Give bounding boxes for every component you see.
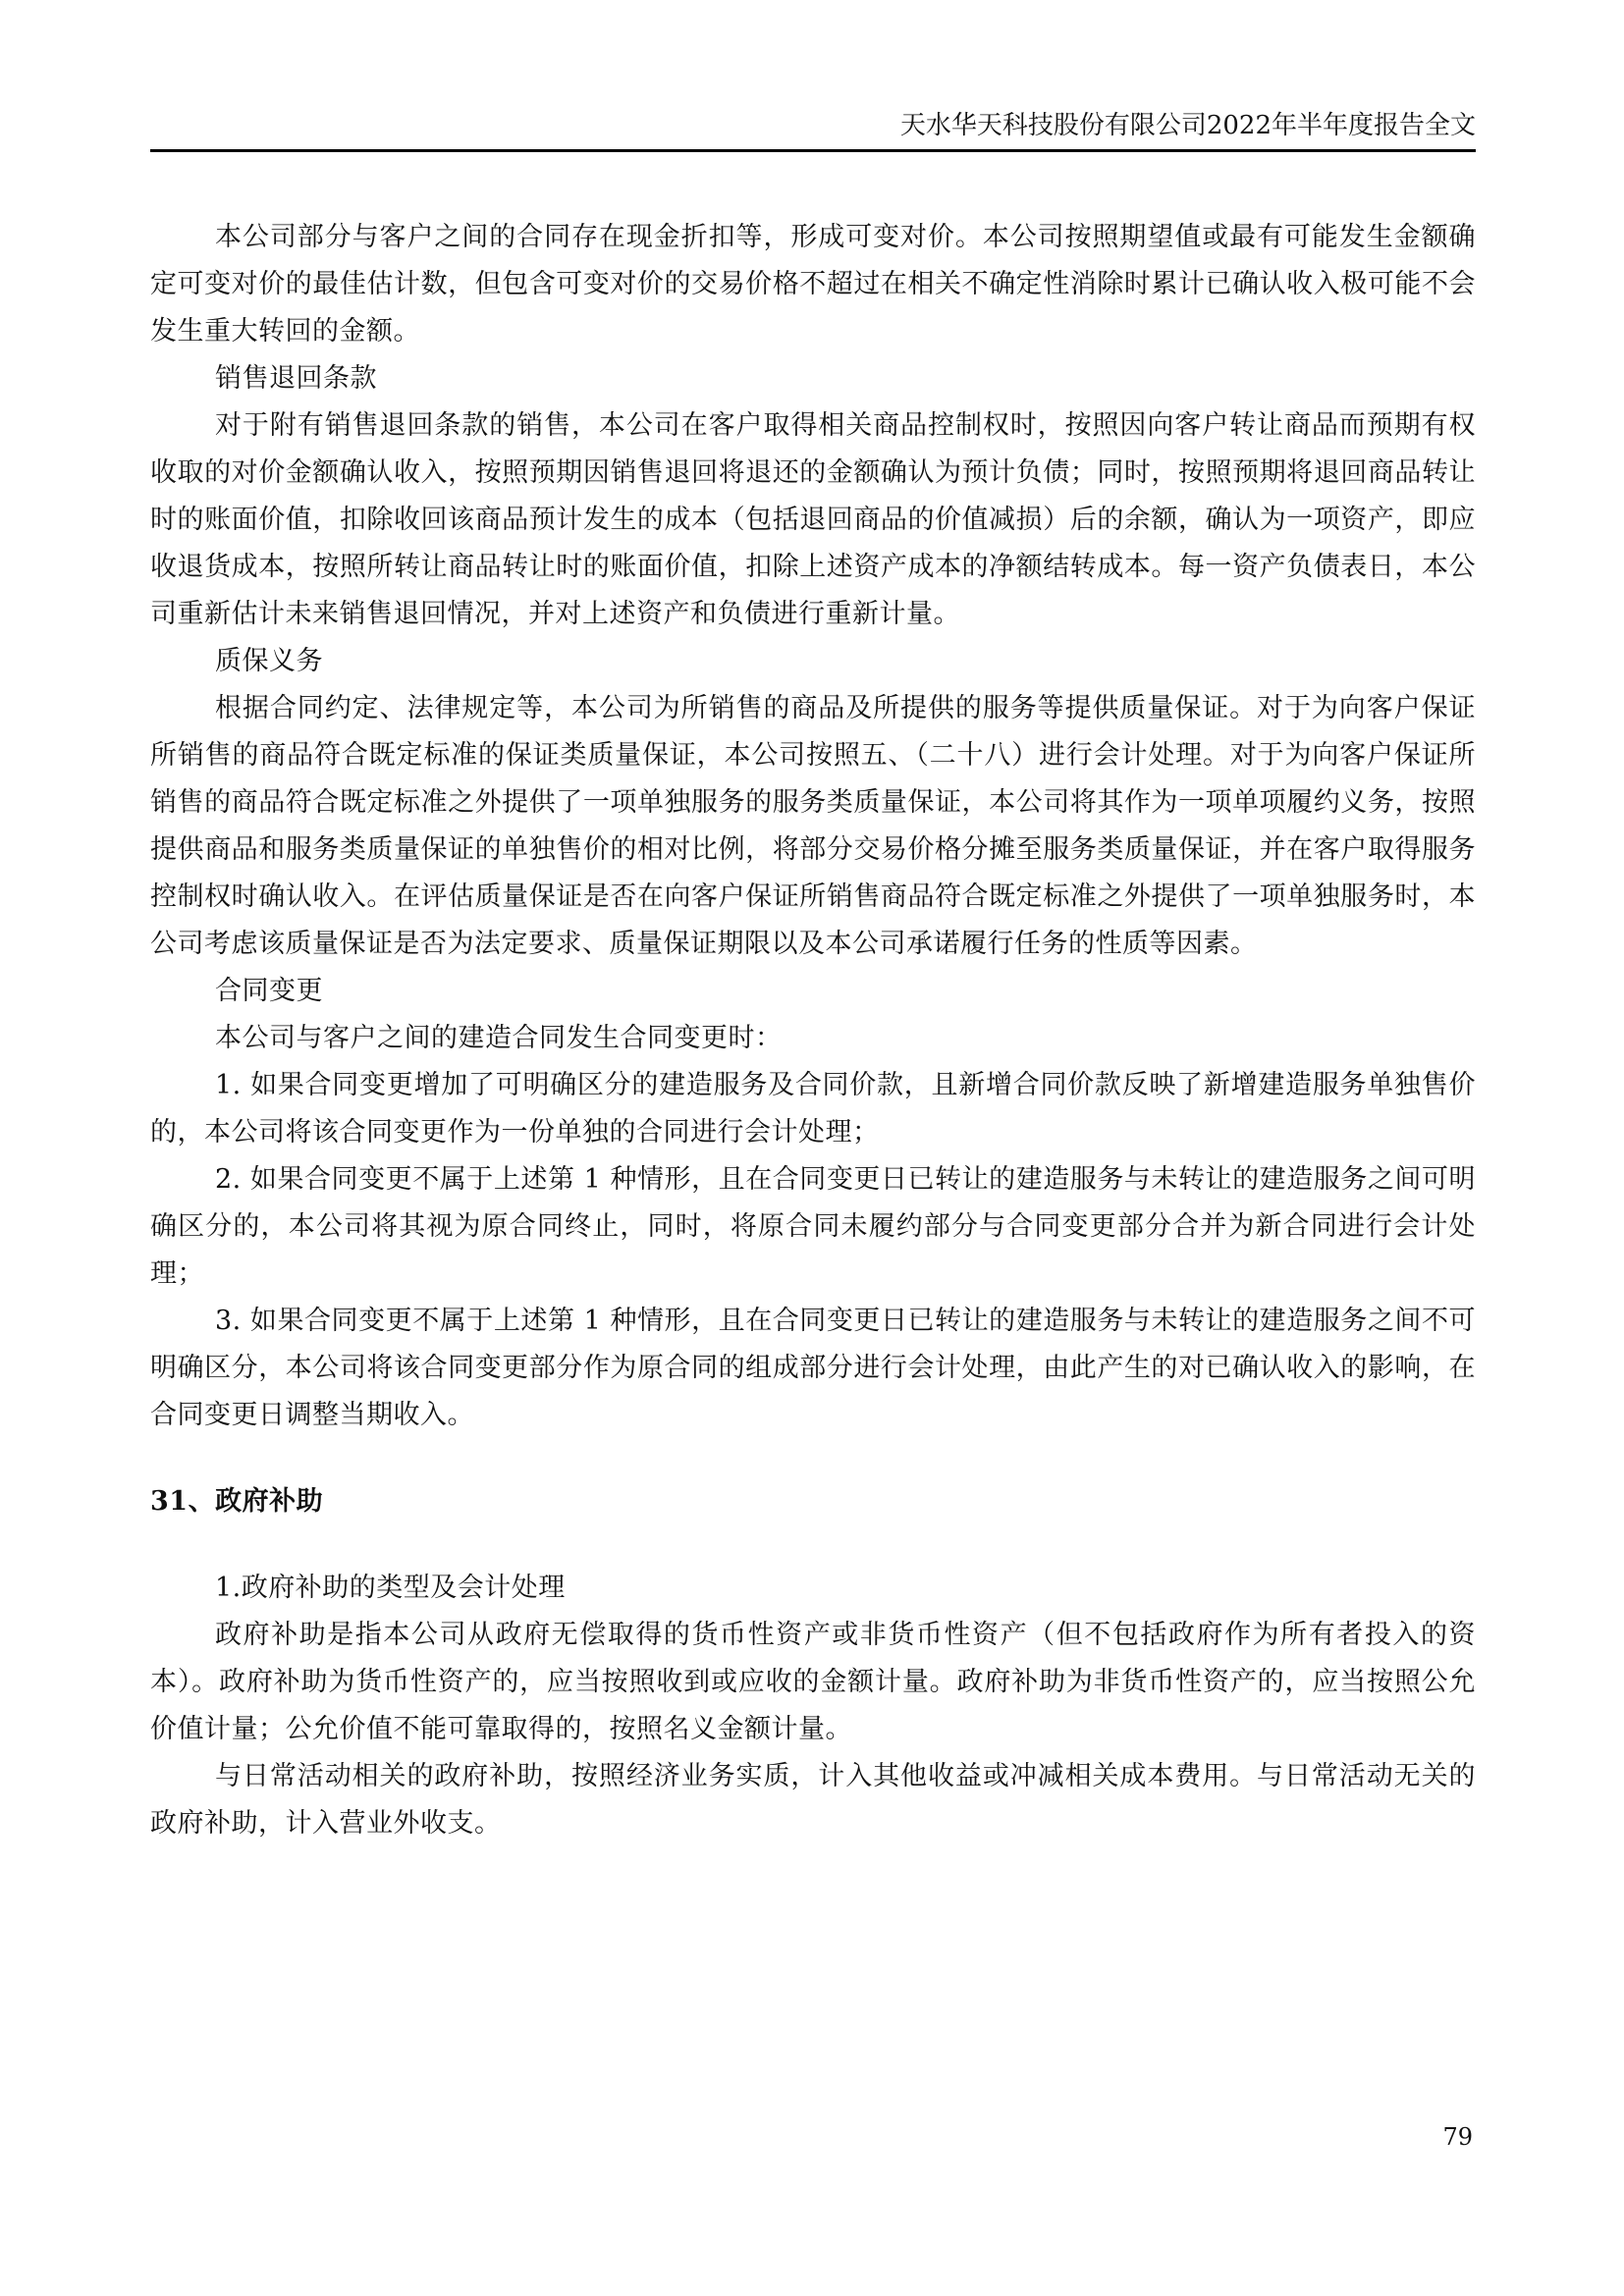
paragraph-contract-change-3: 3. 如果合同变更不属于上述第 1 种情形，且在合同变更日已转让的建造服务与未转… <box>150 1298 1476 1439</box>
page-number: 79 <box>1414 2123 1473 2151</box>
document-body: 本公司部分与客户之间的合同存在现金折扣等，形成可变对价。本公司按照期望值或最有可… <box>150 214 1476 1847</box>
section-31-title: 31、政府补助 <box>150 1478 1476 1525</box>
paragraph-sales-return: 对于附有销售退回条款的销售，本公司在客户取得相关商品控制权时，按照因向客户转让商… <box>150 402 1476 638</box>
subheading-contract-change: 合同变更 <box>150 968 1476 1015</box>
paragraph-contract-change-intro: 本公司与客户之间的建造合同发生合同变更时： <box>150 1015 1476 1062</box>
report-header-title: 天水华天科技股份有限公司2022年半年度报告全文 <box>150 108 1476 143</box>
subheading-gov-grant-types: 1.政府补助的类型及会计处理 <box>150 1565 1476 1612</box>
subheading-warranty: 质保义务 <box>150 638 1476 685</box>
paragraph-warranty: 根据合同约定、法律规定等，本公司为所销售的商品及所提供的服务等提供质量保证。对于… <box>150 685 1476 968</box>
header-divider <box>150 149 1476 152</box>
paragraph-gov-grant-daily-activities: 与日常活动相关的政府补助，按照经济业务实质，计入其他收益或冲减相关成本费用。与日… <box>150 1753 1476 1847</box>
subheading-sales-return: 销售退回条款 <box>150 355 1476 402</box>
paragraph-contract-change-1: 1. 如果合同变更增加了可明确区分的建造服务及合同价款，且新增合同价款反映了新增… <box>150 1062 1476 1156</box>
paragraph-gov-grant-definition: 政府补助是指本公司从政府无偿取得的货币性资产或非货币性资产（但不包括政府作为所有… <box>150 1612 1476 1753</box>
paragraph-contract-change-2: 2. 如果合同变更不属于上述第 1 种情形，且在合同变更日已转让的建造服务与未转… <box>150 1156 1476 1298</box>
paragraph-variable-consideration: 本公司部分与客户之间的合同存在现金折扣等，形成可变对价。本公司按照期望值或最有可… <box>150 214 1476 355</box>
